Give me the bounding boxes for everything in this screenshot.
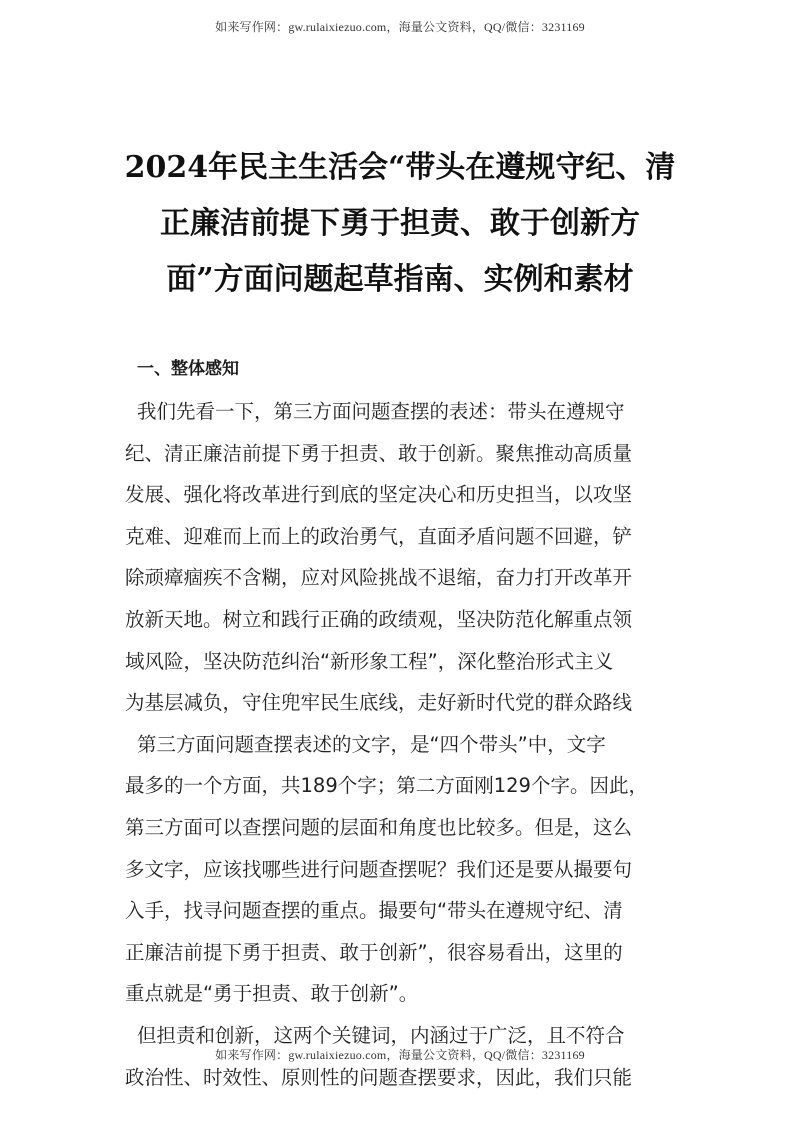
title-line-3: 面”方面问题起草指南、实例和素材: [110, 252, 690, 308]
title-line-2: 正廉洁前提下勇于担责、敢于创新方: [110, 196, 690, 252]
paragraph-2-line: 正廉洁前提下勇于担责、敢于创新”，很容易看出，这里的: [125, 932, 690, 974]
paragraph-2-line: 最多的一个方面，共189个字；第二方面刚129个字。因此，: [125, 765, 690, 807]
paragraph-1-line: 发展、强化将改革进行到底的坚定决心和历史担当，以攻坚: [125, 474, 690, 516]
paragraph-1-line: 放新天地。树立和践行正确的政绩观，坚决防范化解重点领: [125, 599, 690, 641]
paragraph-1-line: 为基层减负，守住兜牢民生底线，走好新时代党的群众路线: [125, 682, 690, 724]
page-footer-watermark: 如来写作网：gw.rulaixiezuo.com，海量公文资料，QQ/微信：32…: [0, 1046, 800, 1063]
body-text: 我们先看一下，第三方面问题查摆的表述：带头在遵规守 纪、清正廉洁前提下勇于担责、…: [125, 391, 690, 1098]
paragraph-2-line: 重点就是“勇于担责、敢于创新”。: [125, 973, 690, 1015]
page-header-watermark: 如来写作网：gw.rulaixiezuo.com，海量公文资料，QQ/微信：32…: [0, 18, 800, 35]
document-title: 2024年民主生活会“带头在遵规守纪、清 正廉洁前提下勇于担责、敢于创新方 面”…: [110, 140, 690, 308]
title-line-1: 2024年民主生活会“带头在遵规守纪、清: [110, 140, 690, 196]
paragraph-2-line: 入手，找寻问题查摆的重点。撮要句“带头在遵规守纪、清: [125, 890, 690, 932]
paragraph-1-line: 除顽瘴痼疾不含糊，应对风险挑战不退缩，奋力打开改革开: [125, 557, 690, 599]
paragraph-1-line: 我们先看一下，第三方面问题查摆的表述：带头在遵规守: [125, 391, 690, 433]
paragraph-1-line: 克难、迎难而上而上的政治勇气，直面矛盾问题不回避，铲: [125, 516, 690, 558]
paragraph-2-line: 第三方面问题查摆表述的文字，是“四个带头”中，文字: [125, 724, 690, 766]
paragraph-1-line: 域风险，坚决防范纠治“新形象工程”，深化整治形式主义: [125, 641, 690, 683]
section-heading: 一、整体感知: [137, 354, 239, 379]
paragraph-2-line: 多文字，应该找哪些进行问题查摆呢？我们还是要从撮要句: [125, 849, 690, 891]
paragraph-2-line: 第三方面可以查摆问题的层面和角度也比较多。但是，这么: [125, 807, 690, 849]
paragraph-1-line: 纪、清正廉洁前提下勇于担责、敢于创新。聚焦推动高质量: [125, 433, 690, 475]
